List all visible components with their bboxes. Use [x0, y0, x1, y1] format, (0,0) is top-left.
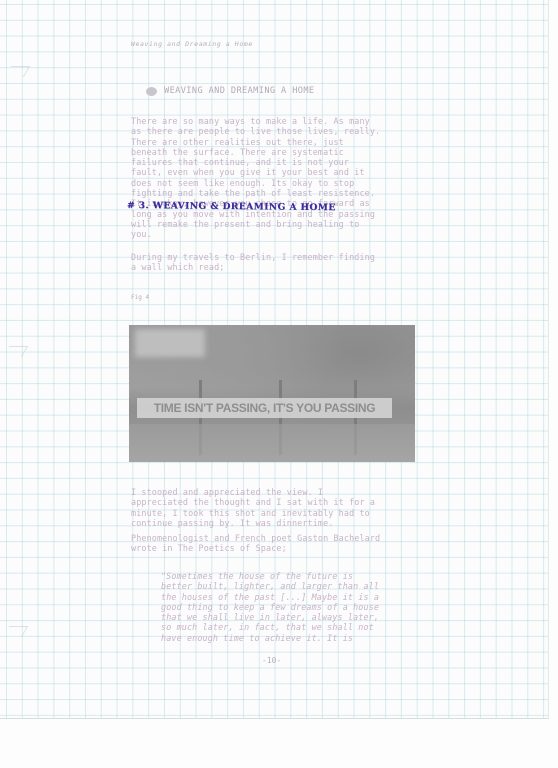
- section-title-row: WEAVING AND DREAMING A HOME: [146, 86, 315, 96]
- wall-text: TIME ISN'T PASSING, IT'S YOU PASSING: [154, 401, 376, 415]
- graph-paper-page: Weaving and Dreaming a Home WEAVING AND …: [0, 0, 549, 719]
- wall-photo: TIME ISN'T PASSING, IT'S YOU PASSING: [129, 325, 415, 462]
- binder-hole-mark: [3, 626, 28, 637]
- after-photo-paragraph: I stooped and appreciated the view. I ap…: [131, 487, 375, 528]
- binder-hole-mark: [3, 346, 28, 357]
- figure-label: Fig 4: [131, 294, 149, 301]
- page-number: -10-: [262, 656, 281, 665]
- photo-ground: [129, 424, 415, 462]
- binder-hole-mark: [5, 66, 30, 77]
- bachelard-intro-paragraph: Phenomenologist and French poet Gaston B…: [131, 533, 380, 554]
- intro-paragraph: There are so many ways to make a life. A…: [131, 116, 380, 240]
- wall-banner: TIME ISN'T PASSING, IT'S YOU PASSING: [137, 398, 392, 418]
- bullet-icon: [146, 87, 157, 96]
- bachelard-quote: "Sometimes the house of the future is be…: [161, 571, 379, 643]
- berlin-paragraph: During my travels to Berlin, I remember …: [131, 252, 375, 273]
- photo-sky: [135, 329, 205, 357]
- running-head: Weaving and Dreaming a Home: [131, 40, 253, 48]
- section-title: WEAVING AND DREAMING A HOME: [164, 86, 315, 96]
